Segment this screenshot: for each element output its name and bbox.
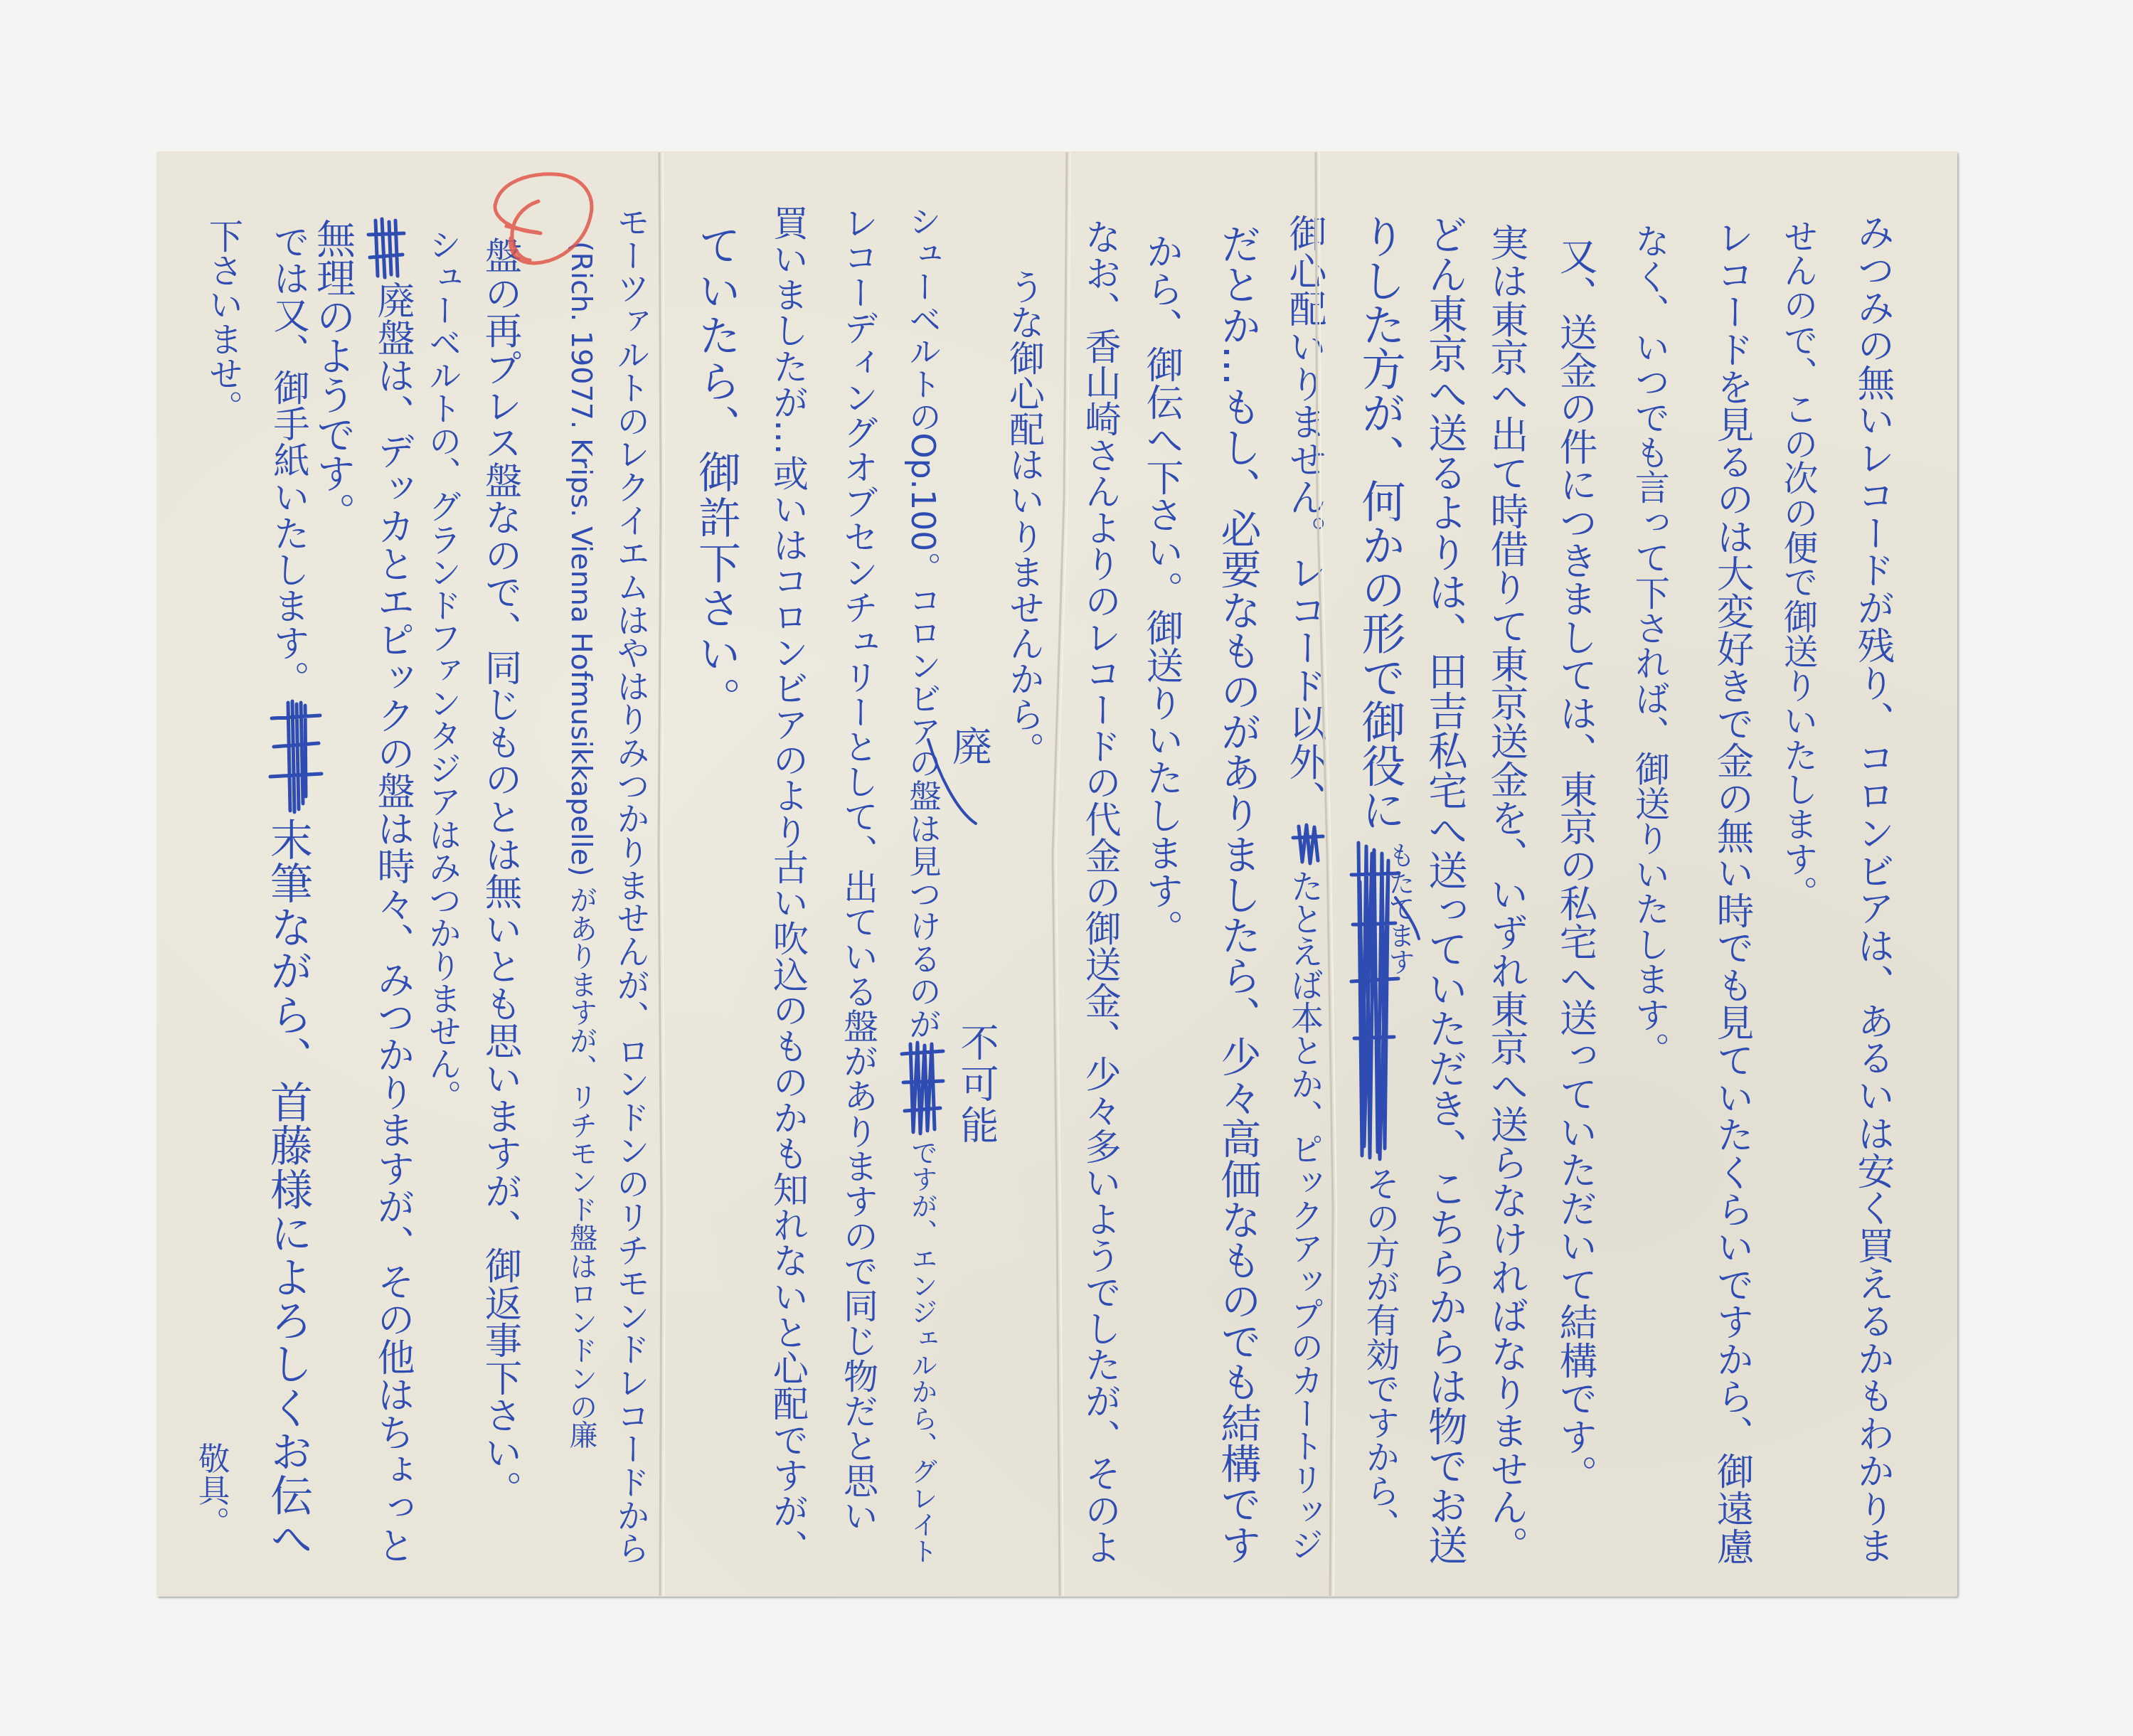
letter-line-24: では又、御手紙いたします。 [260, 223, 317, 697]
letter-line-2: せんので、この次の便で御送りいたします。 [1769, 218, 1826, 910]
margin-note-fukano: 不可能 [957, 1023, 996, 1146]
letter-line-5: 又、送金の件につきましては、東京の私宅へ送っていただいて結構です。 [1547, 237, 1604, 1493]
letter-line-12: なお、香山崎さんよりのレコードの代金の御送金、少々多いようでしたが、そのよ [1070, 218, 1127, 1565]
letter-line-9: 御心配いりません。レコード以外、 [1277, 214, 1334, 818]
letter-line-7: どん東京へ送るよりは、田吉私宅へ送っていただき、こちらからは物でお送 [1415, 214, 1472, 1565]
letter-line-19: (Rich. 19077. Krips. Vienna Hofmusikkape… [553, 241, 610, 1565]
letter-line-15: レコーディングオブセンチュリーとして、出ている盤がありますので同じ物だと思い [830, 205, 887, 1533]
inserted-correction-text: もたてます [1385, 841, 1414, 975]
letter-line-10: だとか…もし、必要なものがありましたら、少々高価なものでも結構です [1209, 223, 1266, 1565]
letter-line-18: モーツァルトのレクイエムはやはりみつかりませんが、ロンドンのリチモンドレコードか… [602, 205, 659, 1565]
letter-line-25: 下さいませ。 [194, 218, 251, 425]
letter-line-24-continued: 末筆ながら、首藤様によろしくお伝へ [260, 818, 317, 1561]
letter-line-16: 買いましたが…或いはコロンビアのより古い吹込のものかも知れないと心配ですが、 [760, 205, 817, 1565]
scan-background: みつみの無いレコードが残り、コロンビアは、あるいは安く買えるかもわかりま せんの… [0, 0, 2133, 1736]
letter-line-13: うな御心配はいりませんから。 [996, 269, 1053, 767]
letter-line-8-continued: その方が有効ですから、 [1351, 1166, 1408, 1542]
letter-line-6: 実は東京へ出て時借りて東京送金を、いずれ東京へ送らなければなりません。 [1478, 223, 1535, 1565]
inserted-word-hai: 廃 [949, 725, 989, 804]
letter-line-3: レコードを見るのは大変好きで金の無い時でも見ていたくらいですから、御遠慮 [1703, 218, 1760, 1565]
letter-line-11: から、御伝へ下さい。御送りいたします。 [1133, 233, 1190, 947]
letter-line-1: みつみの無いレコードが残り、コロンビアは、あるいは安く買えるかもわかりま [1844, 213, 1901, 1565]
letter-line-17: ていたら、御許下さい。 [688, 223, 745, 723]
letter-line-22: 廃盤は、デッカとエピックの盤は時々、みつかりますが、その他はちょっと [365, 281, 422, 1565]
letter-line-8: りした方が、何かの形で御役に [1351, 214, 1408, 832]
letter-line-14-continued: ですが、エンジェルから、グレイト [894, 1139, 951, 1565]
letter-line-20: 盤の再プレス盤なので、同じものとは無いとも思いますが、御返事下さい。 [472, 237, 528, 1508]
letter-line-21: シューベルトの、グランドファンタジアはみつかりません。 [415, 228, 472, 1113]
letter-line-4: なく、いつでも言って下されば、御送りいたします。 [1622, 223, 1679, 1067]
letter-closing: 敬具。 [183, 1442, 240, 1538]
letter-line-9-continued: たとえば本とか、ピックアップのカートリッジ [1277, 869, 1334, 1561]
letter-line-14: シューベルトのOp.100。コロンビアの盤は見つけるのが [894, 205, 951, 1038]
